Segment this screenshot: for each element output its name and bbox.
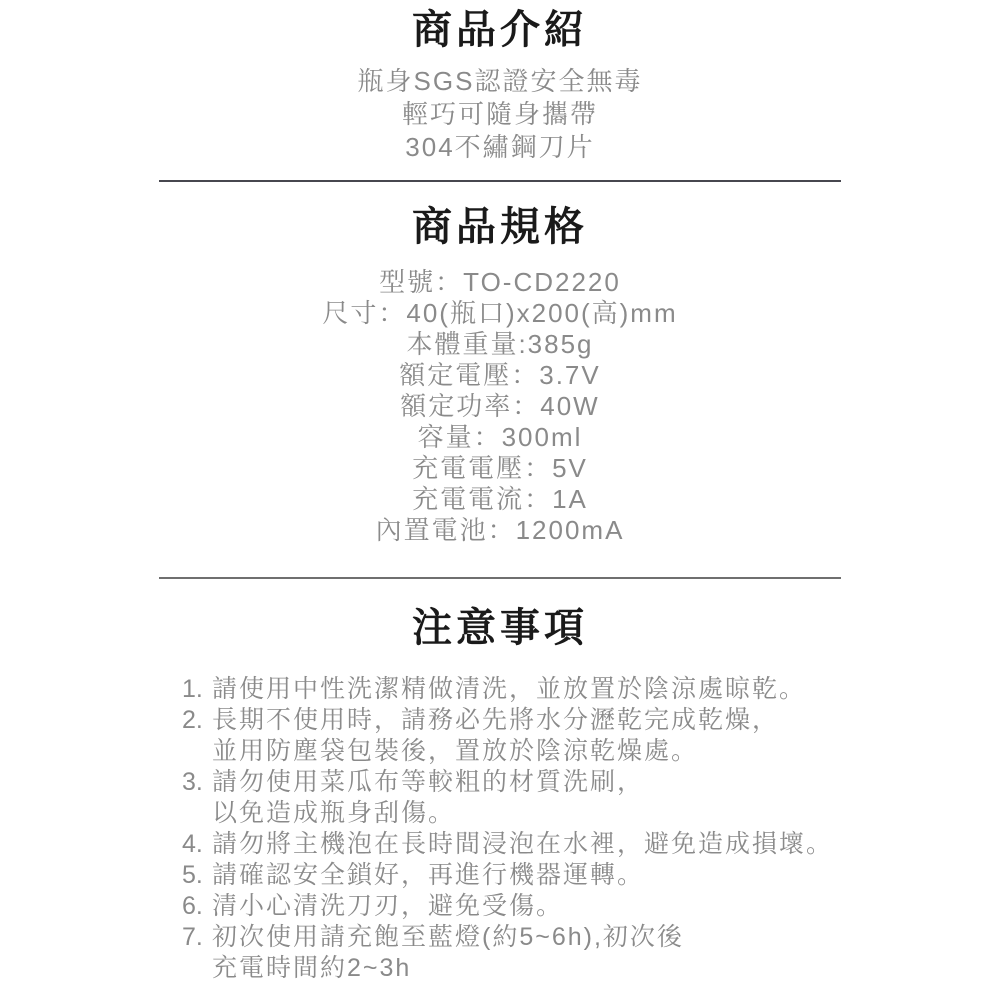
section-notes: 注意事項 1. 請使用中性洗潔精做清洗，並放置於陰涼處晾乾。 2. 長期不使用時…	[0, 606, 1000, 984]
note-number: 6.	[182, 891, 212, 922]
intro-tagline: 輕巧可隨身攜帶	[0, 98, 1000, 131]
note-item: 3. 請勿使用菜瓜布等較粗的材質洗刷， 以免造成瓶身刮傷。	[182, 767, 860, 829]
note-item: 4. 請勿將主機泡在長時間浸泡在水裡，避免造成損壞。	[182, 829, 860, 860]
intro-taglines: 瓶身SGS認證安全無毒 輕巧可隨身攜帶 304不繡鋼刀片	[0, 65, 1000, 164]
section-specs: 商品規格 型號：TO-CD2220 尺寸：40(瓶口)x200(高)mm 本體重…	[0, 205, 1000, 546]
spec-list: 型號：TO-CD2220 尺寸：40(瓶口)x200(高)mm 本體重量:385…	[0, 267, 1000, 546]
spec-line-battery: 內置電池：1200mA	[0, 515, 1000, 546]
note-line: 請使用中性洗潔精做清洗，並放置於陰涼處晾乾。	[212, 674, 860, 705]
note-line: 清小心清洗刀刃，避免受傷。	[212, 891, 860, 922]
notes-title: 注意事項	[0, 606, 1000, 650]
note-line: 充電時間約2~3h	[212, 953, 860, 984]
intro-tagline: 瓶身SGS認證安全無毒	[0, 65, 1000, 98]
note-line: 請勿使用菜瓜布等較粗的材質洗刷，	[212, 767, 860, 798]
note-number: 7.	[182, 922, 212, 953]
note-item: 1. 請使用中性洗潔精做清洗，並放置於陰涼處晾乾。	[182, 674, 860, 705]
note-line: 請勿將主機泡在長時間浸泡在水裡，避免造成損壞。	[212, 829, 860, 860]
note-item: 5. 請確認安全鎖好，再進行機器運轉。	[182, 860, 860, 891]
note-number: 5.	[182, 860, 212, 891]
spec-line-rated-voltage: 額定電壓：3.7V	[0, 360, 1000, 391]
section-intro: 商品介紹 瓶身SGS認證安全無毒 輕巧可隨身攜帶 304不繡鋼刀片	[0, 0, 1000, 164]
spec-line-charge-voltage: 充電電壓：5V	[0, 453, 1000, 484]
intro-tagline: 304不繡鋼刀片	[0, 131, 1000, 164]
note-line: 以免造成瓶身刮傷。	[212, 798, 860, 829]
product-description-page: 商品介紹 瓶身SGS認證安全無毒 輕巧可隨身攜帶 304不繡鋼刀片 商品規格 型…	[0, 0, 1000, 1000]
note-number: 1.	[182, 674, 212, 705]
note-line: 長期不使用時，請務必先將水分瀝乾完成乾燥，	[212, 705, 860, 736]
section-divider	[159, 180, 841, 182]
note-line: 並用防塵袋包裝後，置放於陰涼乾燥處。	[212, 736, 860, 767]
note-line: 請確認安全鎖好，再進行機器運轉。	[212, 860, 860, 891]
note-line: 初次使用請充飽至藍燈(約5~6h),初次後	[212, 922, 860, 953]
spec-line-dimensions: 尺寸：40(瓶口)x200(高)mm	[0, 298, 1000, 329]
note-item: 6. 清小心清洗刀刃，避免受傷。	[182, 891, 860, 922]
specs-title: 商品規格	[0, 205, 1000, 249]
note-item: 7. 初次使用請充飽至藍燈(約5~6h),初次後 充電時間約2~3h	[182, 922, 860, 984]
spec-line-model: 型號：TO-CD2220	[0, 267, 1000, 298]
spec-line-rated-power: 額定功率：40W	[0, 391, 1000, 422]
notes-list: 1. 請使用中性洗潔精做清洗，並放置於陰涼處晾乾。 2. 長期不使用時，請務必先…	[0, 674, 1000, 984]
spec-line-capacity: 容量：300ml	[0, 422, 1000, 453]
spec-line-charge-current: 充電電流：1A	[0, 484, 1000, 515]
note-number: 4.	[182, 829, 212, 860]
spec-line-weight: 本體重量:385g	[0, 329, 1000, 360]
note-number: 3.	[182, 767, 212, 798]
intro-title: 商品介紹	[0, 0, 1000, 52]
note-number: 2.	[182, 705, 212, 736]
section-divider	[159, 577, 841, 579]
note-item: 2. 長期不使用時，請務必先將水分瀝乾完成乾燥， 並用防塵袋包裝後，置放於陰涼乾…	[182, 705, 860, 767]
